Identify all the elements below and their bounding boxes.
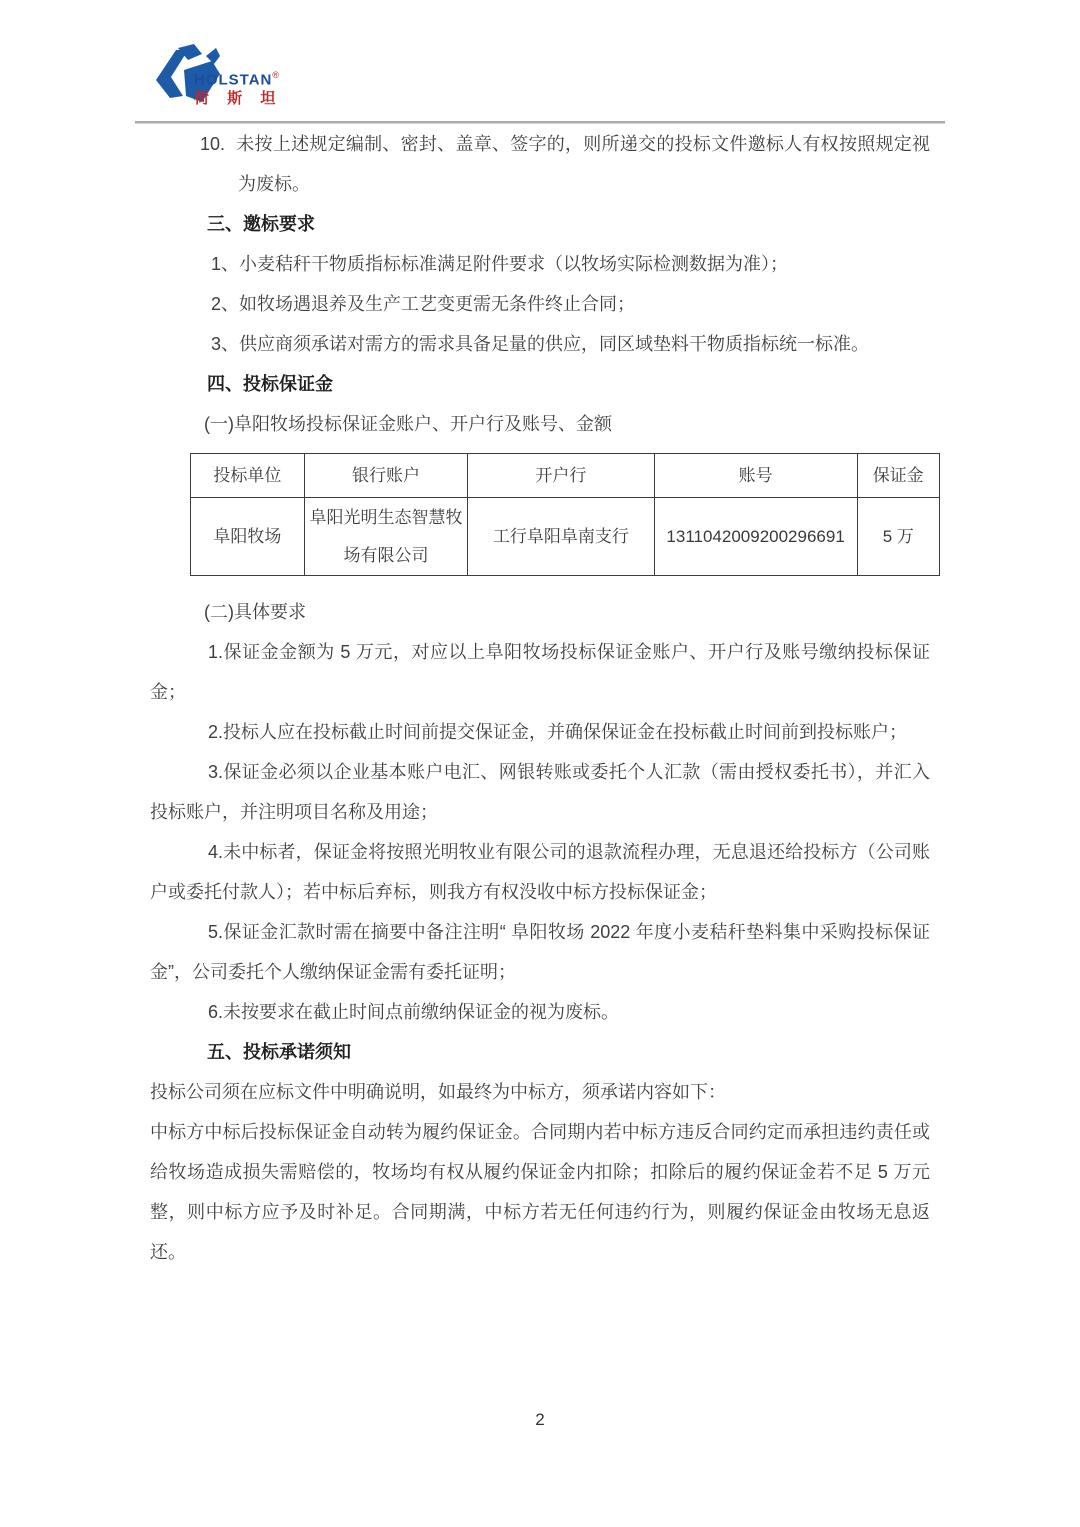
page-number: 2 (0, 1410, 1080, 1430)
cell-account-number: 1311042009200296691 (654, 498, 857, 576)
section-4-item-2: 2.投标人应在投标截止时间前提交保证金，并确保保证金在投标截止时间前到投标账户； (150, 712, 930, 752)
col-header-deposit: 保证金 (857, 454, 939, 498)
col-header-opening-bank: 开户行 (468, 454, 655, 498)
col-header-bank-account: 银行账户 (304, 454, 467, 498)
deposit-account-table: 投标单位 银行账户 开户行 账号 保证金 阜阳牧场 阜阳光明生态智慧牧场有限公司… (190, 453, 940, 576)
document-body: 10.未按上述规定编制、密封、盖章、签字的，则所递交的投标文件邀标人有权按照规定… (150, 124, 930, 1272)
section-3-item-3: 3、供应商须承诺对需方的需求具备足量的供应，同区域垫料干物质指标统一标准。 (150, 324, 930, 364)
section-4-item-6: 6.未按要求在截止时间点前缴纳保证金的视为废标。 (150, 992, 930, 1032)
section-3-item-1: 1、小麦秸秆干物质指标标准满足附件要求（以牧场实际检测数据为准）； (150, 244, 930, 284)
logo-brand-en: HOLSTAN (194, 71, 272, 88)
col-header-account-number: 账号 (654, 454, 857, 498)
cell-bank-account: 阜阳光明生态智慧牧场有限公司 (304, 498, 467, 576)
section-3-heading: 三、邀标要求 (150, 204, 930, 244)
section-5-body: 中标方中标后投标保证金自动转为履约保证金。合同期内若中标方违反合同约定而承担违约… (150, 1112, 930, 1272)
cell-bidder: 阜阳牧场 (191, 498, 305, 576)
col-header-bidder: 投标单位 (191, 454, 305, 498)
cell-opening-bank: 工行阜阳阜南支行 (468, 498, 655, 576)
section-5-intro: 投标公司须在应标文件中明确说明，如最终为中标方，须承诺内容如下： (150, 1072, 930, 1112)
table-row: 阜阳牧场 阜阳光明生态智慧牧场有限公司 工行阜阳阜南支行 13110420092… (191, 498, 940, 576)
section-4-item-3: 3.保证金必须以企业基本账户电汇、网银转账或委托个人汇款（需由授权委托书），并汇… (150, 752, 930, 832)
logo-brand-cn: 荷 斯 坦 (194, 91, 282, 106)
company-logo: HOLSTAN® 荷 斯 坦 (150, 44, 320, 116)
list-item-10: 10.未按上述规定编制、密封、盖章、签字的，则所递交的投标文件邀标人有权按照规定… (150, 124, 930, 204)
list-item-10-number: 10. (200, 134, 225, 154)
document-page: HOLSTAN® 荷 斯 坦 10.未按上述规定编制、密封、盖章、签字的，则所递… (0, 0, 1080, 1527)
section-4-item-1: 1.保证金金额为 5 万元，对应以上阜阳牧场投标保证金账户、开户行及账号缴纳投标… (150, 632, 930, 712)
section-5-heading: 五、投标承诺须知 (150, 1032, 930, 1072)
cell-deposit: 5 万 (857, 498, 939, 576)
section-4-item-4: 4.未中标者，保证金将按照光明牧业有限公司的退款流程办理，无息退还给投标方（公司… (150, 832, 930, 912)
section-3-item-2: 2、如牧场遇退养及生产工艺变更需无条件终止合同； (150, 284, 930, 324)
section-4-item-5: 5.保证金汇款时需在摘要中备注注明“ 阜阳牧场 2022 年度小麦秸秆垫料集中采… (150, 912, 930, 992)
logo-text: HOLSTAN® 荷 斯 坦 (194, 71, 282, 106)
section-4-subheading-2: (二)具体要求 (150, 592, 930, 632)
list-item-10-text: 未按上述规定编制、密封、盖章、签字的，则所递交的投标文件邀标人有权按照规定视为废… (236, 134, 930, 194)
section-4-heading: 四、投标保证金 (150, 364, 930, 404)
table-header-row: 投标单位 银行账户 开户行 账号 保证金 (191, 454, 940, 498)
section-4-subheading-1: (一)阜阳牧场投标保证金账户、开户行及账号、金额 (150, 404, 930, 444)
registered-trademark-icon: ® (272, 70, 279, 80)
